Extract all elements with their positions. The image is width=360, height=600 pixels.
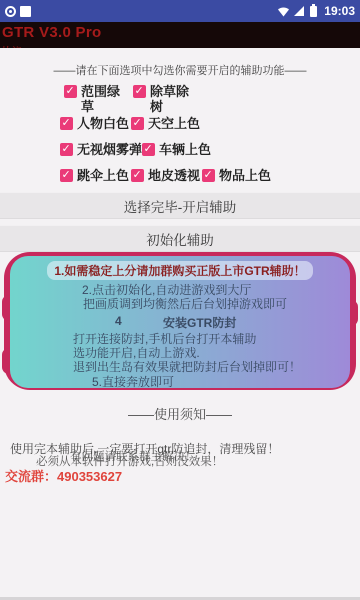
app-title-bar: GTR V3.0 Pro 协议 <box>0 22 360 48</box>
status-bar: 19:03 <box>0 0 360 22</box>
app-screen: 19:03 GTR V3.0 Pro 协议 ——请在下面选项中勾选你需要开启的辅… <box>0 0 360 600</box>
checkbox-checked-icon[interactable] <box>60 143 73 156</box>
option-label: 范围绿草 <box>81 84 123 114</box>
checkbox-checked-icon[interactable] <box>202 169 215 182</box>
qq-group-label: 交流群： <box>5 469 57 484</box>
option-label: 人物白色 <box>77 116 129 131</box>
checkbox-checked-icon[interactable] <box>131 117 144 130</box>
option-label: 无视烟雾弹 <box>77 142 142 157</box>
signal-bars-icon <box>294 6 304 16</box>
option-item[interactable]: 人物白色 <box>60 116 129 131</box>
option-item[interactable]: 地皮透视 <box>131 168 200 183</box>
option-item[interactable]: 天空上色 <box>131 116 200 131</box>
options-row-3: 无视烟雾弹 车辆上色 <box>60 142 211 157</box>
options-row-2: 人物白色 天空上色 <box>60 116 200 131</box>
notice-line-1: 1.如需稳定上分请加群购买正版上市GTR辅助！ <box>10 261 350 280</box>
option-label: 天空上色 <box>148 116 200 131</box>
confirm-selection-button[interactable]: 选择完毕-开启辅助 <box>0 192 360 219</box>
instruction-text: ——请在下面选项中勾选你需要开启的辅助功能—— <box>0 62 360 78</box>
options-row-4: 跳伞上色 地皮透视 物品上色 <box>60 168 271 183</box>
battery-icon <box>310 6 317 17</box>
app-title: GTR V3.0 Pro <box>2 24 101 41</box>
wifi-icon <box>277 6 290 17</box>
notice-step4-title: 安装GTR防封 <box>163 314 236 331</box>
notice-card: 1.如需稳定上分请加群购买正版上市GTR辅助！ 2.点击初始化,自动进游戏到大厅… <box>10 256 350 388</box>
option-label: 地皮透视 <box>148 168 200 183</box>
checkbox-checked-icon[interactable] <box>64 85 77 98</box>
qq-group-line: 交流群：490353627 <box>5 466 122 485</box>
option-item[interactable]: 除草除树 <box>133 84 192 114</box>
screenshot-square-icon <box>20 6 31 17</box>
clock-time: 19:03 <box>324 4 355 18</box>
option-item[interactable]: 车辆上色 <box>142 142 211 157</box>
notification-circle-icon <box>5 6 16 17</box>
notice-line-3: 把画质调到均衡然后后台划掉游戏即可 <box>83 295 287 312</box>
option-label: 车辆上色 <box>159 142 211 157</box>
notice-line-8: 5.直接奔放即可 <box>92 373 174 390</box>
option-item[interactable]: 范围绿草 <box>64 84 123 114</box>
qq-group-number: 490353627 <box>57 469 122 484</box>
checkbox-checked-icon[interactable] <box>131 169 144 182</box>
option-item[interactable]: 物品上色 <box>202 168 271 183</box>
option-label: 跳伞上色 <box>77 168 129 183</box>
checkbox-checked-icon[interactable] <box>60 117 73 130</box>
notice-step4-number: 4 <box>115 314 122 328</box>
checkbox-checked-icon[interactable] <box>142 143 155 156</box>
option-item[interactable]: 跳伞上色 <box>60 168 129 183</box>
app-subtitle-clipped: 协议 <box>2 43 22 48</box>
usage-header: ——使用须知—— <box>0 404 360 423</box>
init-assist-button[interactable]: 初始化辅助 <box>0 225 360 252</box>
option-item[interactable]: 无视烟雾弹 <box>60 142 142 157</box>
options-row-1: 范围绿草 除草除树 <box>64 84 192 114</box>
checkbox-checked-icon[interactable] <box>133 85 146 98</box>
option-label: 除草除树 <box>150 84 192 114</box>
checkbox-checked-icon[interactable] <box>60 169 73 182</box>
option-label: 物品上色 <box>219 168 271 183</box>
